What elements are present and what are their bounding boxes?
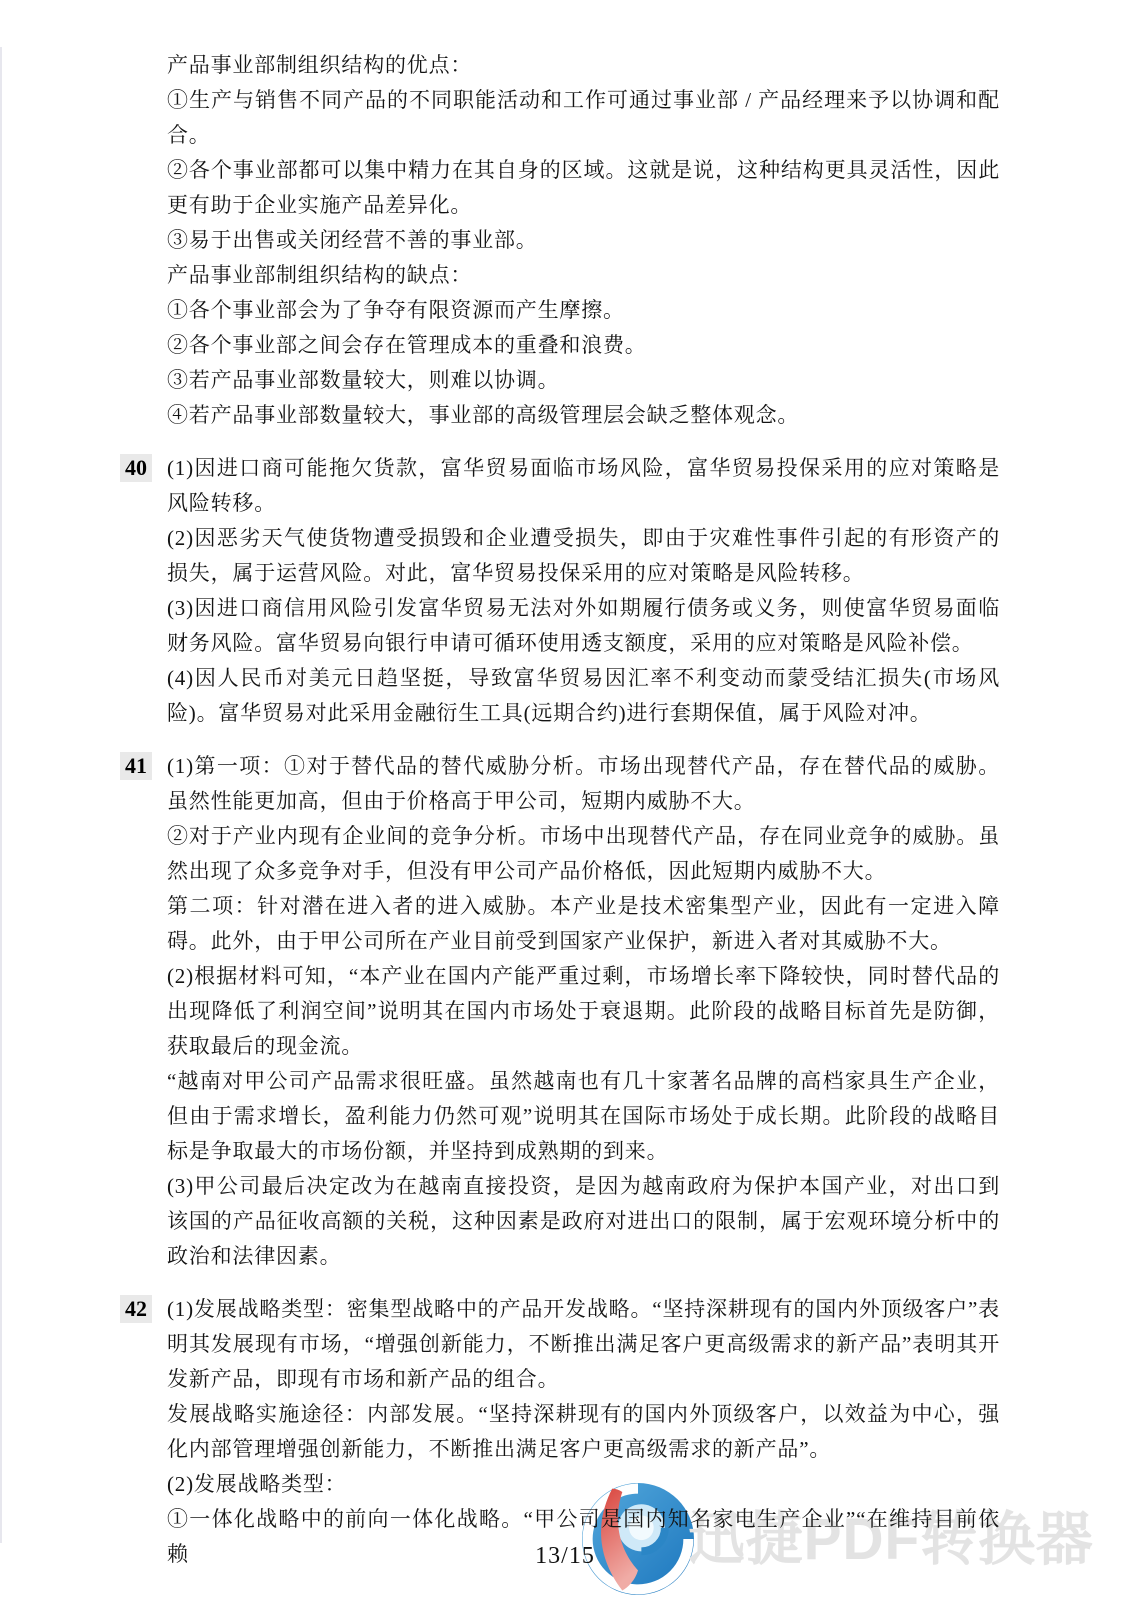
answer-paragraph: (1)发展战略类型：密集型战略中的产品开发战略。“坚持深耕现有的国内外顶级客户”…: [167, 1292, 1000, 1397]
page-footer: 13/15: [0, 1543, 1130, 1570]
answer-paragraph: 第二项：针对潜在进入者的进入威胁。本产业是技术密集型产业，因此有一定进入障碍。此…: [167, 889, 1000, 959]
answer-sections: 产品事业部制组织结构的优点：①生产与销售不同产品的不同职能活动和工作可通过事业部…: [167, 48, 1000, 1572]
page-number: 13/15: [535, 1543, 595, 1569]
answer-paragraph: ③若产品事业部数量较大，则难以协调。: [167, 363, 1000, 398]
answer-paragraph: ③易于出售或关闭经营不善的事业部。: [167, 223, 1000, 258]
answer-paragraph: ④若产品事业部数量较大，事业部的高级管理层会缺乏整体观念。: [167, 398, 1000, 433]
question-number-badge: 41: [120, 752, 152, 780]
answer-paragraph: (2)因恶劣天气使货物遭受损毁和企业遭受损失，即由于灾难性事件引起的有形资产的损…: [167, 521, 1000, 591]
answer-paragraph: (4)因人民币对美元日趋坚挺，导致富华贸易因汇率不利变动而蒙受结汇损失(市场风险…: [167, 661, 1000, 731]
answer-paragraph: “越南对甲公司产品需求很旺盛。虽然越南也有几十家著名品牌的高档家具生产企业，但由…: [167, 1064, 1000, 1169]
answer-paragraph: ②对于产业内现有企业间的竞争分析。市场中出现替代产品，存在同业竞争的威胁。虽然出…: [167, 819, 1000, 889]
answer-paragraph: 产品事业部制组织结构的缺点：: [167, 258, 1000, 293]
answer-paragraph: (2)发展战略类型：: [167, 1467, 1000, 1502]
answer-paragraph: ①生产与销售不同产品的不同职能活动和工作可通过事业部 / 产品经理来予以协调和配…: [167, 83, 1000, 153]
answer-paragraph: ②各个事业部都可以集中精力在其自身的区域。这就是说，这种结构更具灵活性，因此更有…: [167, 153, 1000, 223]
question-number-badge: 42: [120, 1295, 152, 1323]
answer-paragraph: (2)根据材料可知，“本产业在国内产能严重过剩，市场增长率下降较快，同时替代品的…: [167, 959, 1000, 1064]
answer-paragraph: (3)甲公司最后决定改为在越南直接投资，是因为越南政府为保护本国产业，对出口到该…: [167, 1169, 1000, 1274]
answer-paragraph: ①各个事业部会为了争夺有限资源而产生摩擦。: [167, 293, 1000, 328]
answer-paragraph: (1)因进口商可能拖欠货款，富华贸易面临市场风险，富华贸易投保采用的应对策略是风…: [167, 451, 1000, 521]
answer-paragraph: (3)因进口商信用风险引发富华贸易无法对外如期履行债务或义务，则使富华贸易面临财…: [167, 591, 1000, 661]
answer-section: 41(1)第一项：①对于替代品的替代威胁分析。市场出现替代产品，存在替代品的威胁…: [167, 749, 1000, 1274]
document-page: 迅捷PDF转换器 产品事业部制组织结构的优点：①生产与销售不同产品的不同职能活动…: [0, 0, 1130, 1600]
question-number-badge: 40: [120, 454, 152, 482]
answer-paragraph: ②各个事业部之间会存在管理成本的重叠和浪费。: [167, 328, 1000, 363]
answer-paragraph: 发展战略实施途径：内部发展。“坚持深耕现有的国内外顶级客户，以效益为中心，强化内…: [167, 1397, 1000, 1467]
answer-section: 40(1)因进口商可能拖欠货款，富华贸易面临市场风险，富华贸易投保采用的应对策略…: [167, 451, 1000, 731]
answer-paragraph: 产品事业部制组织结构的优点：: [167, 48, 1000, 83]
answer-paragraph: (1)第一项：①对于替代品的替代威胁分析。市场出现替代产品，存在替代品的威胁。虽…: [167, 749, 1000, 819]
answer-section: 产品事业部制组织结构的优点：①生产与销售不同产品的不同职能活动和工作可通过事业部…: [167, 48, 1000, 433]
answer-section: 42(1)发展战略类型：密集型战略中的产品开发战略。“坚持深耕现有的国内外顶级客…: [167, 1292, 1000, 1572]
